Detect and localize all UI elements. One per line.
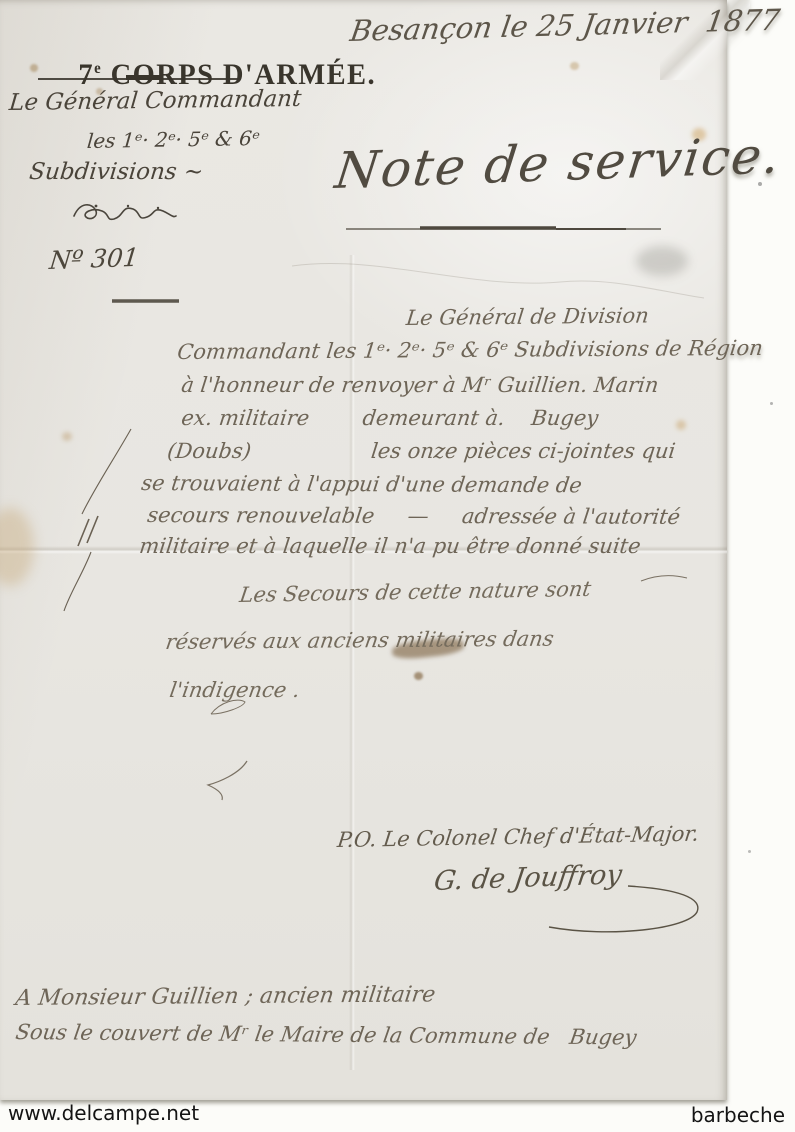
scanned-document-page: 7e CORPS D'ARMÉE. Le Général Commandant … (0, 0, 795, 1132)
watermark-site-url: www.delcampe.net (8, 1101, 199, 1125)
paper-surface: 7e CORPS D'ARMÉE. Le Général Commandant … (0, 0, 727, 1100)
paper-sheet: 7e CORPS D'ARMÉE. Le Général Commandant … (0, 0, 795, 1100)
pen-marks (0, 0, 727, 1100)
watermark-seller-name: barbeche (691, 1103, 785, 1127)
